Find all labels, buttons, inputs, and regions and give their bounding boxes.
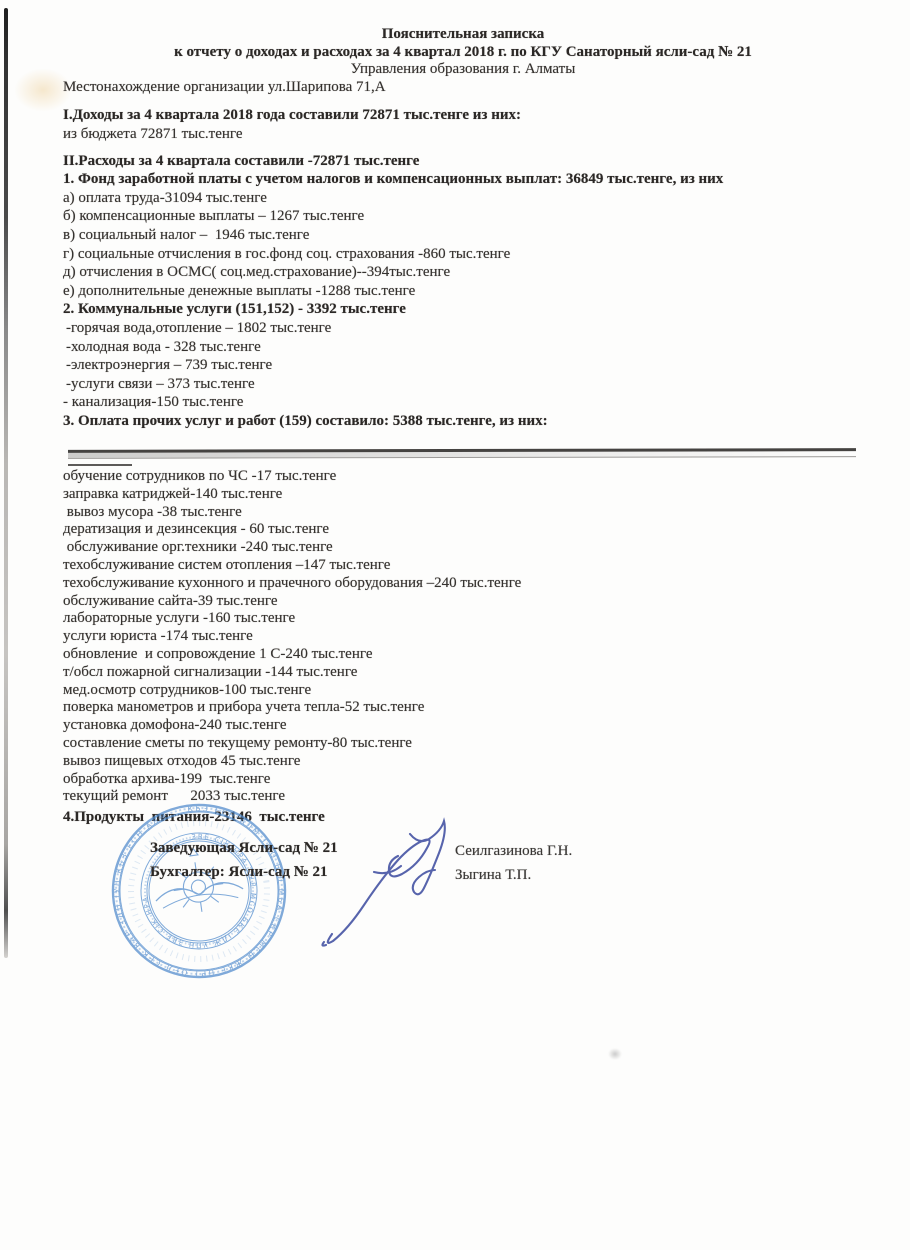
doc-subtitle2: Управления образования г. Алматы <box>63 61 863 79</box>
scan-speck <box>608 1048 622 1060</box>
role-accountant: Бухгалтер: Ясли-сад № 21 <box>150 861 338 885</box>
doc-title: Пояснительная записка <box>63 26 863 44</box>
expense-line: а) оплата труда-31094 тыс.тенге <box>63 189 863 208</box>
expense-line: заправка катриджей-140 тыс.тенге <box>63 486 873 504</box>
expense-line: установка домофона-240 тыс.тенге <box>63 717 873 735</box>
expense-line: - канализация-150 тыс.тенге <box>63 393 863 412</box>
signature-names: Сеилгазинова Г.Н. Зыгина Т.П. <box>455 839 572 887</box>
expense-line: в) социальный налог – 1946 тыс.тенге <box>63 226 863 245</box>
expense-line: вывоз пищевых отходов 45 тыс.тенге <box>63 753 873 771</box>
expense-line: т/обсл пожарной сигнализации -144 тыс.те… <box>63 664 873 682</box>
doc-subtitle: к отчету о доходах и расходах за 4 кварт… <box>63 44 863 62</box>
expense-line: техобслуживание систем отопления –147 ты… <box>63 557 873 575</box>
expense-line: -холодная вода - 328 тыс.тенге <box>63 338 863 357</box>
expense-line: техобслуживание кухонного и прачечного о… <box>63 575 873 593</box>
income-line: из бюджета 72871 тыс.тенге <box>63 125 863 144</box>
role-director: Заведующая Ясли-сад № 21 <box>150 837 338 861</box>
income-heading: І.Доходы за 4 квартала 2018 года состави… <box>63 106 863 125</box>
expense-line: обновление и сопровождение 1 С-240 тыс.т… <box>63 646 873 664</box>
scan-edge-line <box>4 8 8 958</box>
expense-line: вывоз мусора -38 тыс.тенге <box>63 504 873 522</box>
spacer <box>63 96 863 106</box>
document-body-bottom: обучение сотрудников по ЧС -17 тыс.тенге… <box>63 468 873 827</box>
document-body-top: Пояснительная записка к отчету о доходах… <box>63 26 863 430</box>
name-accountant: Зыгина Т.П. <box>455 863 572 887</box>
expense-line: д) отчисления в ОСМС( соц.мед.страховани… <box>63 263 863 282</box>
spacer <box>63 144 863 152</box>
expense-line: лабораторные услуги -160 тыс.тенге <box>63 610 873 628</box>
divider-short-line <box>68 464 132 466</box>
divider-line <box>68 448 856 459</box>
expense-line: обслуживание орг.техники -240 тыс.тенге <box>63 539 873 557</box>
communal-heading: 2. Коммунальные услуги (151,152) - 3392 … <box>63 300 863 319</box>
other-services-heading: 3. Оплата прочих услуг и работ (159) сос… <box>63 412 863 431</box>
expense-line: б) компенсационные выплаты – 1267 тыс.те… <box>63 207 863 226</box>
scanned-document-page: Пояснительная записка к отчету о доходах… <box>0 0 910 1250</box>
doc-address: Местонахождение организации ул.Шарипова … <box>63 79 863 97</box>
expenses-heading: ІІ.Расходы за 4 квартала составили -7287… <box>63 152 863 171</box>
signature-roles: Заведующая Ясли-сад № 21 Бухгалтер: Ясли… <box>150 837 338 884</box>
expense-line: -электроэнергия – 739 тыс.тенге <box>63 356 863 375</box>
expense-line: мед.осмотр сотрудников-100 тыс.тенге <box>63 682 873 700</box>
fund-heading: 1. Фонд заработной платы с учетом налого… <box>63 170 863 189</box>
expense-line: дератизация и дезинсекция - 60 тыс.тенге <box>63 521 873 539</box>
official-stamp: ҚБЗ ЕСН АЛМ ТЫО БІЛ МБА СҚР МСЫ ЖКЕ НРТ … <box>103 799 295 991</box>
expense-line: г) социальные отчисления в гос.фонд соц.… <box>63 245 863 264</box>
expense-line: е) дополнительные денежные выплаты -1288… <box>63 282 863 301</box>
expense-line: обслуживание сайта-39 тыс.тенге <box>63 593 873 611</box>
name-director: Сеилгазинова Г.Н. <box>455 839 572 863</box>
expense-line: обучение сотрудников по ЧС -17 тыс.тенге <box>63 468 873 486</box>
expense-line: обработка архива-199 тыс.тенге <box>63 771 873 789</box>
expense-line: услуги юриста -174 тыс.тенге <box>63 628 873 646</box>
expense-line: поверка манометров и прибора учета тепла… <box>63 699 873 717</box>
expense-line: составление сметы по текущему ремонту-80… <box>63 735 873 753</box>
expense-line: -услуги связи – 373 тыс.тенге <box>63 375 863 394</box>
expense-line: -горячая вода,отопление – 1802 тыс.тенге <box>63 319 863 338</box>
